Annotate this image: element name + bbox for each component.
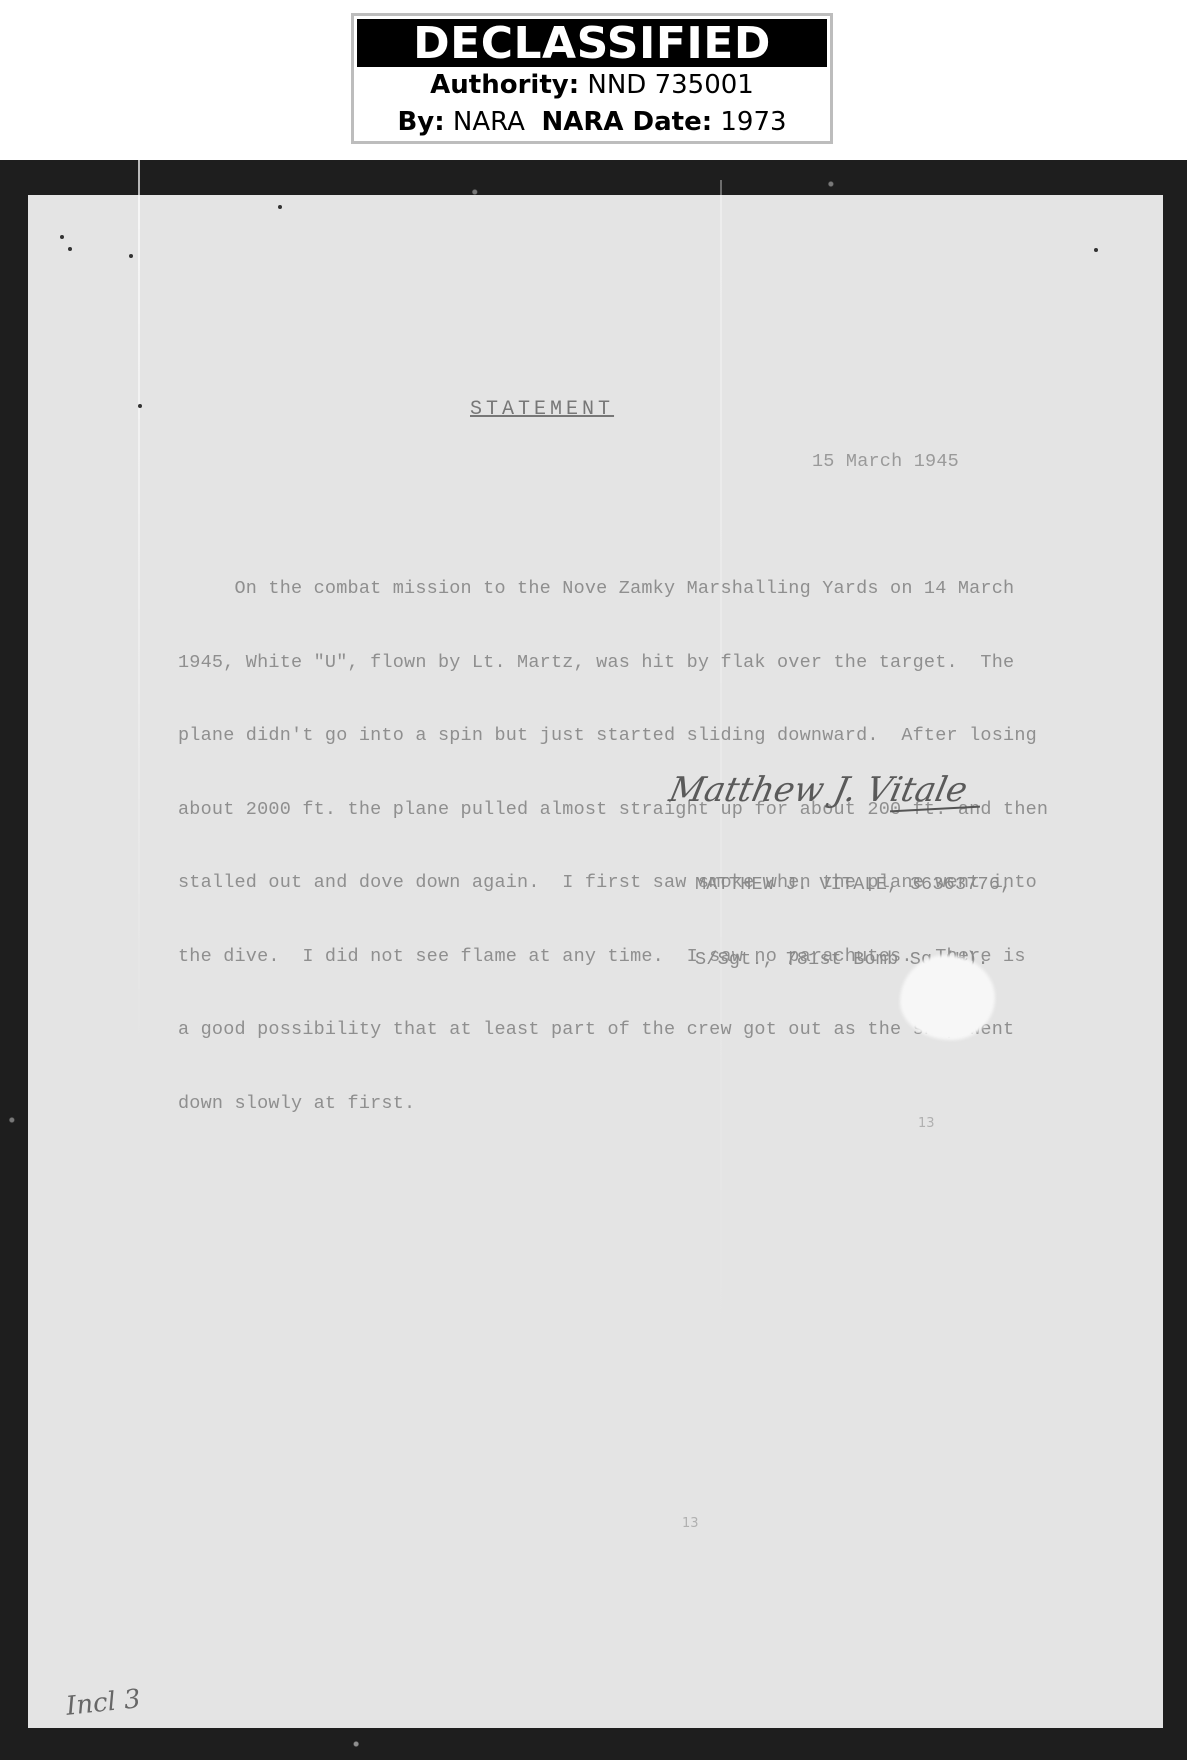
paper-stain xyxy=(900,955,995,1040)
document-title: STATEMENT xyxy=(470,398,614,421)
body-line: plane didn't go into a spin but just sta… xyxy=(178,724,1048,749)
speck xyxy=(138,404,142,408)
stamp-by-label: By: xyxy=(397,107,444,137)
speck xyxy=(1094,248,1098,252)
declassified-stamp: DECLASSIFIED Authority: NND 735001 By: N… xyxy=(351,13,833,144)
margin-mark: 13 xyxy=(682,1516,699,1531)
stamp-authority-value: NND 735001 xyxy=(587,70,753,100)
signature-name: MATTHEW J. VITALE, 36363776, xyxy=(695,872,1011,897)
body-line: down slowly at first. xyxy=(178,1092,1048,1117)
stamp-date-label: NARA Date: xyxy=(541,107,712,137)
stamp-authority-line: Authority: NND 735001 xyxy=(354,67,830,104)
document-date: 15 March 1945 xyxy=(812,451,959,472)
speck xyxy=(68,247,72,251)
scan-scratch xyxy=(138,160,140,1060)
speck xyxy=(60,235,64,239)
speck xyxy=(278,205,282,209)
stamp-by-line: By: NARA NARA Date: 1973 xyxy=(354,104,830,141)
stamp-by-value: NARA xyxy=(453,107,525,137)
handwritten-signature: Matthew J. Vitale xyxy=(666,770,971,810)
body-line: On the combat mission to the Nove Zamky … xyxy=(178,577,1048,602)
speck xyxy=(129,254,133,258)
body-line: 1945, White "U", flown by Lt. Martz, was… xyxy=(178,651,1048,676)
stamp-date-value: 1973 xyxy=(720,107,786,137)
margin-mark: 13 xyxy=(918,1116,935,1131)
stamp-title: DECLASSIFIED xyxy=(357,19,827,67)
stamp-authority-label: Authority: xyxy=(430,70,579,100)
